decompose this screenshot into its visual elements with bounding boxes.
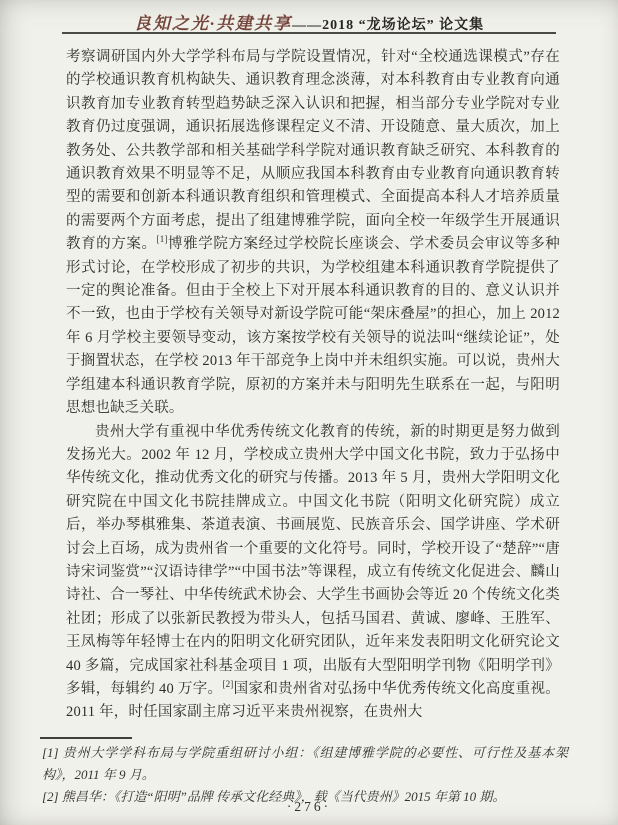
paragraph-1: 考察调研国内外大学学科布局与学院设置情况，针对“全校通选课模式”存在的学校通识教… xyxy=(66,46,560,421)
page-number: ·276· xyxy=(0,799,618,815)
article-body: 考察调研国内外大学学科布局与学院设置情况，针对“全校通选课模式”存在的学校通识教… xyxy=(66,46,560,725)
page-header: 良知之光·共建共享——2018 “龙场论坛” 论文集 xyxy=(0,9,618,34)
header-divider xyxy=(62,32,556,34)
footnote-1: [1] 贵州大学学科布局与学院重组研讨小组：《组建博雅学院的必要性、可行性及基本… xyxy=(42,742,568,785)
paragraph-2: 贵州大学有重视中华优秀传统文化教育的传统，新的时期更是努力做到发扬光大。2002… xyxy=(66,421,560,725)
proceedings-title: ——2018 “龙场论坛” 论文集 xyxy=(292,18,484,33)
forum-slogan: 良知之光·共建共享 xyxy=(134,14,292,33)
scanned-proceedings-page: { "header": { "slogan": "良知之光·共建共享", "ti… xyxy=(0,0,618,825)
footnote-divider xyxy=(40,737,132,739)
